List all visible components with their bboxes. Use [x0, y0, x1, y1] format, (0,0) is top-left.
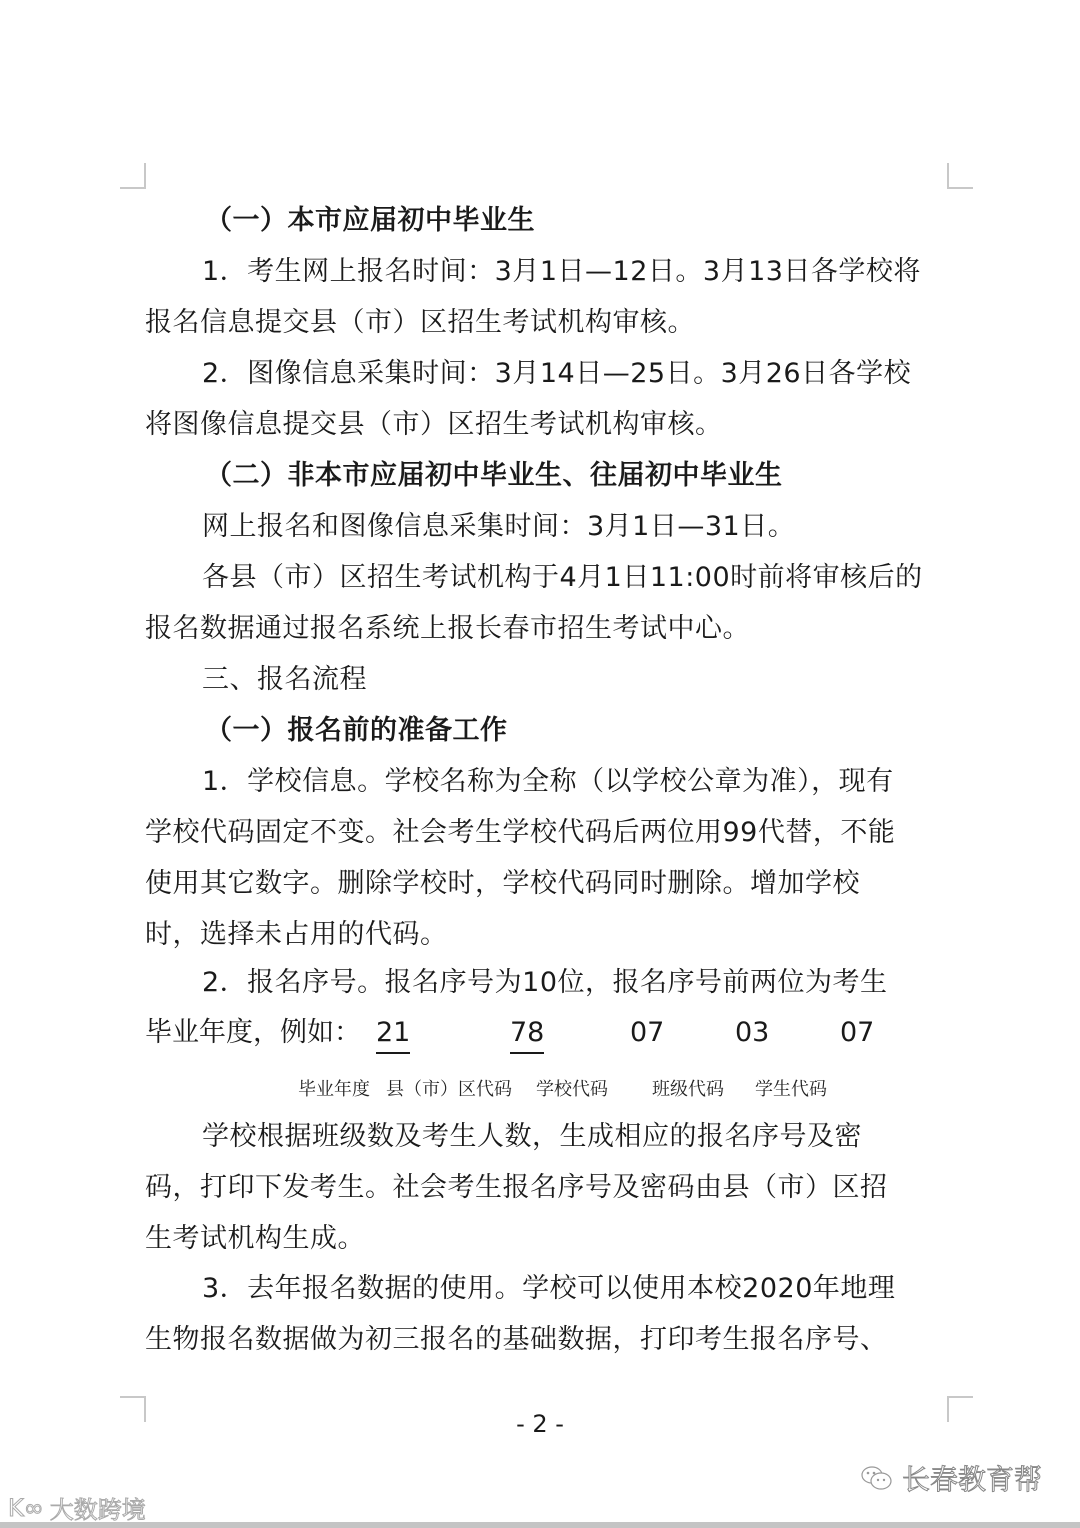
section-heading: （一）本市应届初中毕业生: [205, 204, 1015, 238]
code-school: 07: [630, 1016, 664, 1050]
crop-mark-top-left: [120, 163, 146, 189]
paragraph-line: 使用其它数字。删除学校时，学校代码同时删除。增加学校: [145, 867, 955, 901]
paragraph-line: 3．去年报名数据的使用。学校可以使用本校2020年地理: [202, 1272, 1012, 1306]
code-student: 07: [840, 1016, 874, 1050]
k100-logo-icon: K∞: [8, 1494, 44, 1522]
paragraph-line: 2．报名序号。报名序号为10位，报名序号前两位为考生: [202, 966, 1012, 1000]
caption-school-code: 学校代码: [536, 1078, 608, 1102]
paragraph-line: 报名信息提交县（市）区招生考试机构审核。: [145, 306, 955, 340]
paragraph-line: 1．考生网上报名时间：3月1日—12日。3月13日各学校将: [202, 255, 1012, 289]
paragraph-line: 各县（市）区招生考试机构于4月1日11:00时前将审核后的: [202, 561, 1012, 595]
caption-class-code: 班级代码: [652, 1078, 724, 1102]
code-class: 03: [735, 1016, 769, 1050]
watermark-right-text: 长春教育帮: [902, 1458, 1042, 1498]
paragraph-line: 2．图像信息采集时间：3月14日—25日。3月26日各学校: [202, 357, 1012, 391]
paragraph-line: 学校根据班级数及考生人数，生成相应的报名序号及密: [202, 1120, 1012, 1154]
watermark-left-text: 大数跨境: [50, 1490, 146, 1525]
watermark-left: K∞ 大数跨境: [8, 1490, 146, 1525]
paragraph-line: 1．学校信息。学校名称为全称（以学校公章为准），现有: [202, 765, 1012, 799]
section-heading: （一）报名前的准备工作: [205, 714, 1015, 748]
paragraph-line: 码，打印下发考生。社会考生报名序号及密码由县（市）区招: [145, 1171, 955, 1205]
wechat-icon: [860, 1464, 894, 1492]
code-district: 78: [510, 1016, 544, 1054]
caption-graduation-year: 毕业年度: [298, 1078, 370, 1102]
bottom-bar: [0, 1522, 1080, 1528]
caption-district-code: 县（市）区代码: [386, 1078, 512, 1102]
section-heading: （二）非本市应届初中毕业生、往届初中毕业生: [205, 459, 1015, 493]
crop-mark-top-right: [947, 163, 973, 189]
document-page: （一）本市应届初中毕业生 1．考生网上报名时间：3月1日—12日。3月13日各学…: [0, 0, 1080, 1528]
paragraph-line: 将图像信息提交县（市）区招生考试机构审核。: [145, 408, 955, 442]
paragraph-line: 时，选择未占用的代码。: [145, 918, 955, 952]
paragraph-line: 报名数据通过报名系统上报长春市招生考试中心。: [145, 612, 955, 646]
paragraph-line: 网上报名和图像信息采集时间：3月1日—31日。: [202, 510, 1012, 544]
code-graduation-year: 21: [376, 1016, 410, 1054]
paragraph-line: 生物报名数据做为初三报名的基础数据，打印考生报名序号、: [145, 1323, 955, 1357]
caption-student-code: 学生代码: [755, 1078, 827, 1102]
paragraph-line: 生考试机构生成。: [145, 1222, 955, 1256]
section-title: 三、报名流程: [202, 663, 1012, 697]
page-number: - 2 -: [0, 1410, 1080, 1438]
example-prefix: 毕业年度，例如：: [145, 1016, 361, 1050]
watermark-right: 长春教育帮: [860, 1458, 1042, 1498]
paragraph-line: 学校代码固定不变。社会考生学校代码后两位用99代替，不能: [145, 816, 955, 850]
